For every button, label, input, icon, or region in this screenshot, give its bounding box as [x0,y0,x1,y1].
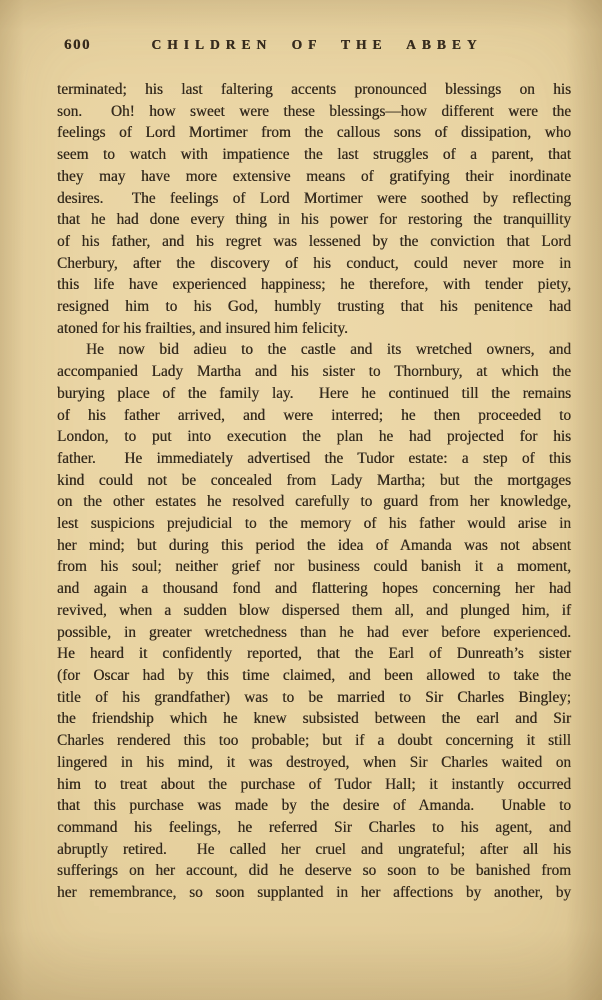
text-line: on the other estates he resolved careful… [57,491,571,513]
text-line: this life have experienced happiness; he… [57,274,571,296]
text-line: of his father arrived, and were interred… [57,405,571,427]
paragraph: terminated; his last faltering accents p… [57,79,571,339]
text-line: father. He immediately advertised the Tu… [57,448,571,470]
text-line: Charles rendered this too probable; but … [57,730,571,752]
text-line: they may have more extensive means of gr… [57,166,571,188]
paragraph: He now bid adieu to the castle and its w… [57,339,571,903]
text-line: desires. The feelings of Lord Mortimer w… [57,188,571,210]
text-line: abruptly retired. He called her cruel an… [57,839,571,861]
text-line: possible, in greater wretchedness than h… [57,622,571,644]
text-line: from his soul; neither grief nor busines… [57,556,571,578]
text-line: Cherbury, after the discovery of his con… [57,253,571,275]
text-line: that he had done every thing in his powe… [57,209,571,231]
text-line: of his father, and his regret was lessen… [57,231,571,253]
text-line: command his feelings, he referred Sir Ch… [57,817,571,839]
running-title: CHILDREN OF THE ABBEY [32,37,602,53]
text-line: lingered in his mind, it was destroyed, … [57,752,571,774]
text-line: He now bid adieu to the castle and its w… [57,339,571,361]
text-line: London, to put into execution the plan h… [57,426,571,448]
text-line: her mind; but during this period the ide… [57,535,571,557]
text-line: son. Oh! how sweet were these blessings—… [57,101,571,123]
text-line: terminated; his last faltering accents p… [57,79,571,101]
text-line: that this purchase was made by the desir… [57,795,571,817]
book-page-scan: 600 CHILDREN OF THE ABBEY terminated; hi… [0,0,602,1000]
text-line: seem to watch with impatience the last s… [57,144,571,166]
text-line: the friendship which he knew subsisted b… [57,708,571,730]
text-line: kind could not be concealed from Lady Ma… [57,470,571,492]
text-line: feelings of Lord Mortimer from the callo… [57,122,571,144]
text-line: accompanied Lady Martha and his sister t… [57,361,571,383]
text-line: and again a thousand fond and flattering… [57,578,571,600]
text-line: sufferings on her account, did he deserv… [57,860,571,882]
text-block: terminated; his last faltering accents p… [57,79,571,904]
text-line: lest suspicions prejudicial to the memor… [57,513,571,535]
text-line: atoned for his frailties, and insured hi… [57,318,571,340]
page-header: 600 CHILDREN OF THE ABBEY [0,36,602,56]
text-line: (for Oscar had by this time claimed, and… [57,665,571,687]
text-line: her remembrance, so soon supplanted in h… [57,882,571,904]
text-line: resigned him to his God, humbly trusting… [57,296,571,318]
text-line: him to treat about the purchase of Tudor… [57,774,571,796]
text-line: He heard it confidently reported, that t… [57,643,571,665]
text-line: burying place of the family lay. Here he… [57,383,571,405]
text-line: revived, when a sudden blow dispersed th… [57,600,571,622]
text-line: title of his grandfather) was to be marr… [57,687,571,709]
